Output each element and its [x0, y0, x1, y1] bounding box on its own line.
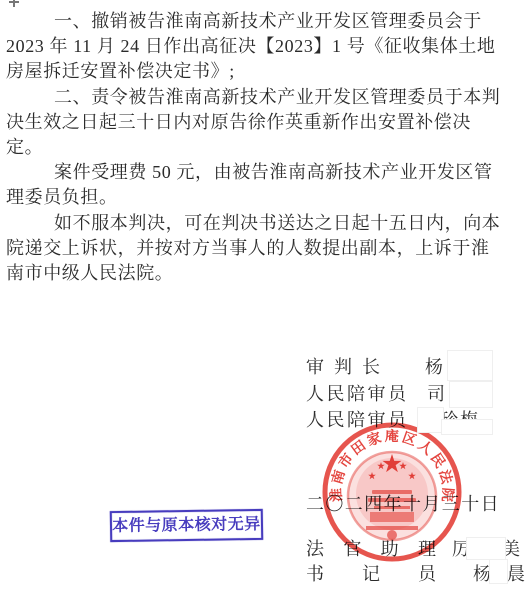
- body-line: 南市中级人民法院。: [6, 261, 490, 286]
- signature-name: 司: [427, 383, 447, 405]
- body-line: 一、撤销被告淮南高新技术产业开发区管理委员会于: [6, 9, 490, 34]
- judgment-page: 一、撤销被告淮南高新技术产业开发区管理委员会于 2023 年 11 月 24 日…: [0, 0, 532, 593]
- judgment-body: 一、撤销被告淮南高新技术产业开发区管理委员会于 2023 年 11 月 24 日…: [6, 9, 490, 286]
- body-line: 理委员负担。: [6, 185, 490, 210]
- signature-name-fragment: 晨: [507, 563, 527, 585]
- signature-role-label: 人民陪审员: [306, 383, 406, 405]
- body-line: 房屋拆迁安置补偿决定书》;: [6, 59, 490, 84]
- redaction-box: [489, 559, 508, 584]
- body-line: 二、责令被告淮南高新技术产业开发区管理委员于本判: [6, 85, 490, 110]
- body-line: 决生效之日起三十日内对原告徐作英重新作出安置补偿决: [6, 110, 490, 135]
- redaction-box: [449, 381, 493, 408]
- body-line: 2023 年 11 月 24 日作出高征决【2023】1 号《征收集体土地: [6, 34, 490, 59]
- redaction-box: [466, 537, 506, 560]
- body-line: 定。: [6, 135, 490, 160]
- redaction-box: [441, 419, 493, 435]
- national-emblem-icon: [348, 452, 436, 540]
- signature-role-label: 审判长: [306, 356, 380, 378]
- scan-artifact: [8, 0, 20, 8]
- signature-name: 杨: [425, 356, 445, 378]
- body-line: 如不服本判决，可在判决书送达之日起十五日内，向本: [6, 211, 490, 236]
- verification-stamp: 本件与原本核对无异: [110, 509, 263, 542]
- redaction-box: [447, 350, 493, 381]
- redaction-box: [417, 407, 444, 433]
- signature-row-presiding-judge: 审判长 杨: [306, 356, 380, 378]
- body-line: 院递交上诉状，并按对方当事人的人数提出副本，上诉于淮: [6, 236, 490, 261]
- signature-row-assessor-1: 人民陪审员 司: [306, 383, 406, 405]
- body-line: 案件受理费 50 元，由被告淮南高新技术产业开发区管: [6, 160, 490, 185]
